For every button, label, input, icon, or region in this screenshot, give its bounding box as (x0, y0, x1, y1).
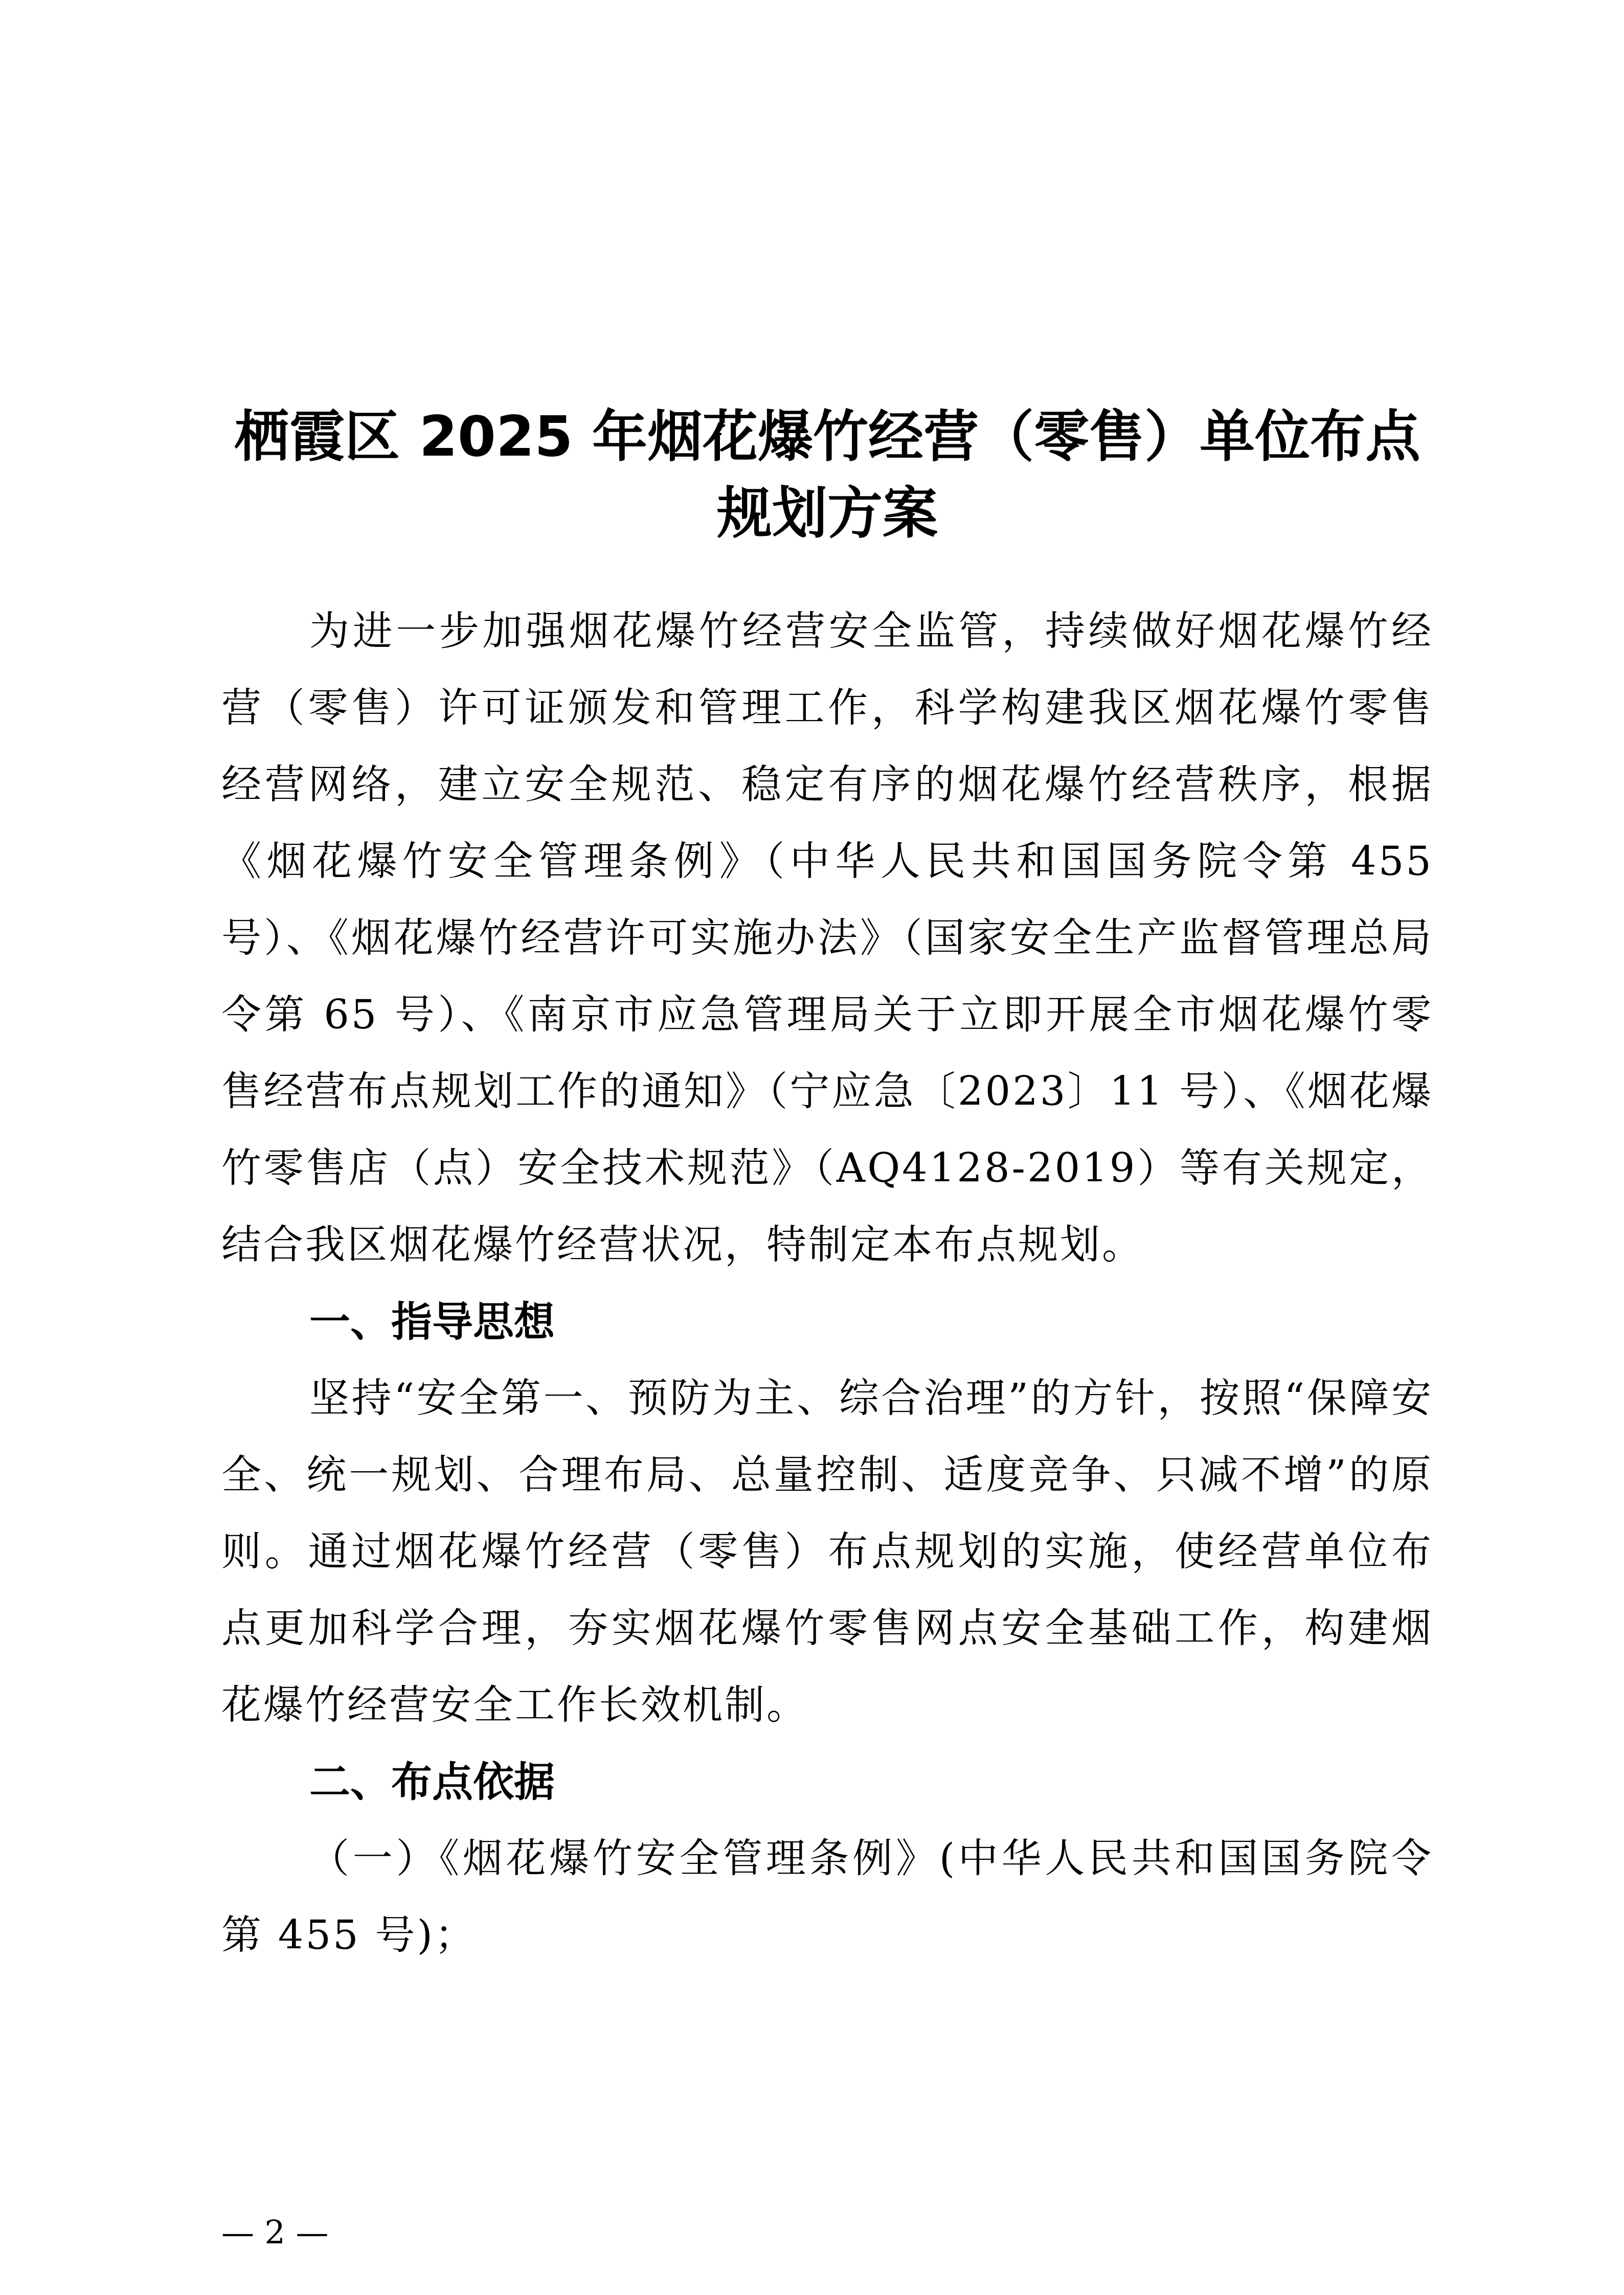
title-line-2: 规划方案 (221, 476, 1433, 552)
basis-item-1: （一）《烟花爆竹安全管理条例》(中华人民共和国国务院令第 455 号)； (221, 1820, 1433, 1974)
title-line-1: 栖霞区 2025 年烟花爆竹经营（零售）单位布点 (221, 399, 1433, 476)
guiding-ideology-paragraph: 坚持“安全第一、预防为主、综合治理”的方针，按照“保障安全、统一规划、合理布局、… (221, 1360, 1433, 1744)
section-heading-guiding-ideology: 一、指导思想 (221, 1284, 1433, 1360)
document-body: 为进一步加强烟花爆竹经营安全监管，持续做好烟花爆竹经营（零售）许可证颁发和管理工… (221, 593, 1433, 1974)
section-heading-basis: 二、布点依据 (221, 1744, 1433, 1820)
intro-paragraph: 为进一步加强烟花爆竹经营安全监管，持续做好烟花爆竹经营（零售）许可证颁发和管理工… (221, 593, 1433, 1284)
page-number: — 2 — (221, 2214, 328, 2252)
document-title: 栖霞区 2025 年烟花爆竹经营（零售）单位布点 规划方案 (221, 399, 1433, 552)
